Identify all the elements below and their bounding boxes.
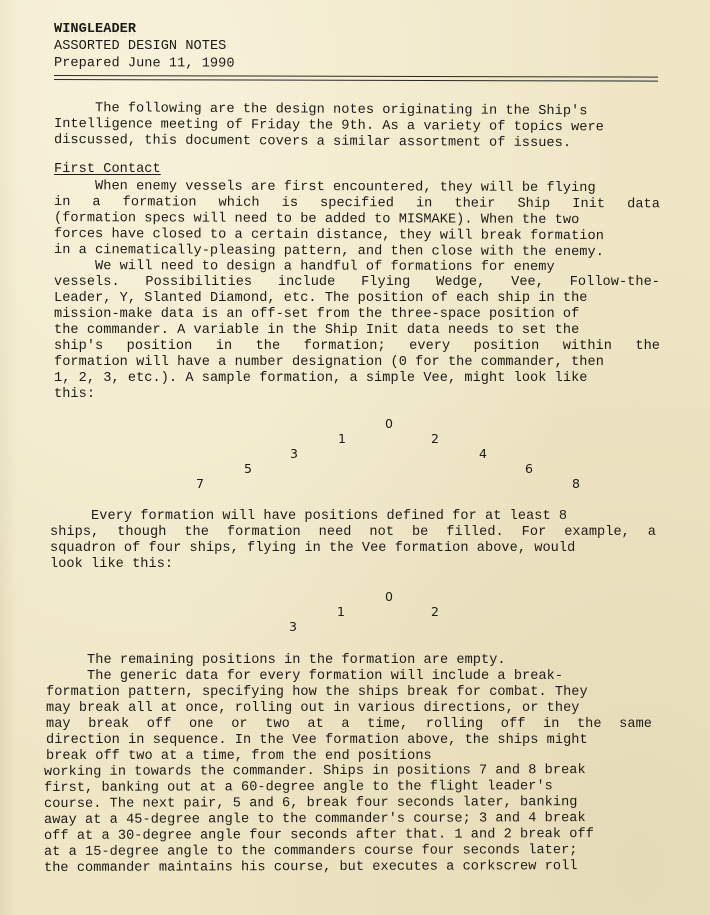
paragraph-line: formation will have a number designation… — [54, 355, 660, 371]
formation-position-5: 5 — [244, 462, 252, 476]
paragraph-line: Leader, Y, Slanted Diamond, etc. The pos… — [54, 291, 660, 307]
paragraph-line: 1, 2, 3, etc.). A sample formation, a si… — [54, 371, 660, 387]
formation-position-1: 1 — [338, 432, 346, 446]
formation-position-8: 8 — [572, 477, 580, 491]
formation-position-7: 7 — [196, 477, 204, 491]
paragraph-line: the commander maintains his course, but … — [44, 859, 650, 877]
paragraph-line: mission-make data is an off-set from the… — [54, 307, 660, 323]
formation-position-1: 1 — [337, 605, 345, 619]
paragraph-4: The remaining positions in the formation… — [46, 653, 652, 669]
section-heading-first-contact: First Contact — [54, 162, 660, 178]
intro-line: discussed, this document covers a simila… — [54, 133, 660, 153]
paragraph-line: ship's position in the formation; every … — [54, 339, 660, 355]
paragraph-line: formation pattern, specifying how the sh… — [46, 685, 652, 701]
header-divider — [54, 75, 658, 82]
prepared-date: Prepared June 11, 1990 — [54, 56, 660, 74]
paragraph-line: the commander. A variable in the Ship In… — [54, 323, 660, 339]
paragraph-line: ships, though the formation need not be … — [50, 525, 656, 541]
paragraph-line: this: — [54, 387, 660, 403]
paragraph-line: vessels. Possibilities include Flying We… — [54, 275, 660, 291]
formation-position-3: 3 — [289, 620, 297, 634]
paragraph-line: Every formation will have positions defi… — [50, 509, 656, 525]
formation-position-0: 0 — [385, 590, 393, 604]
document-title: WINGLEADER — [54, 22, 660, 38]
paragraph-line: may break all at once, rolling out in va… — [46, 701, 652, 717]
formation-position-4: 4 — [479, 447, 487, 461]
paragraph-line: The generic data for every formation wil… — [46, 669, 652, 685]
paragraph-line: may break off one or two at a time, roll… — [46, 717, 652, 733]
formation-position-3: 3 — [290, 447, 298, 461]
formation-position-0: 0 — [385, 417, 393, 431]
formation-position-6: 6 — [525, 462, 533, 476]
formation-position-2: 2 — [431, 605, 439, 619]
paragraph-line: squadron of four ships, flying in the Ve… — [50, 541, 656, 557]
paragraph-line: look like this: — [50, 557, 656, 573]
document-subtitle: ASSORTED DESIGN NOTES — [54, 39, 660, 55]
formation-position-2: 2 — [431, 432, 439, 446]
paragraph-line: We will need to design a handful of form… — [54, 259, 660, 276]
paragraph-line: direction in sequence. In the Vee format… — [46, 733, 652, 749]
document-page: break off. WINGLEADER ASSORTED DESIGN NO… — [0, 0, 710, 915]
